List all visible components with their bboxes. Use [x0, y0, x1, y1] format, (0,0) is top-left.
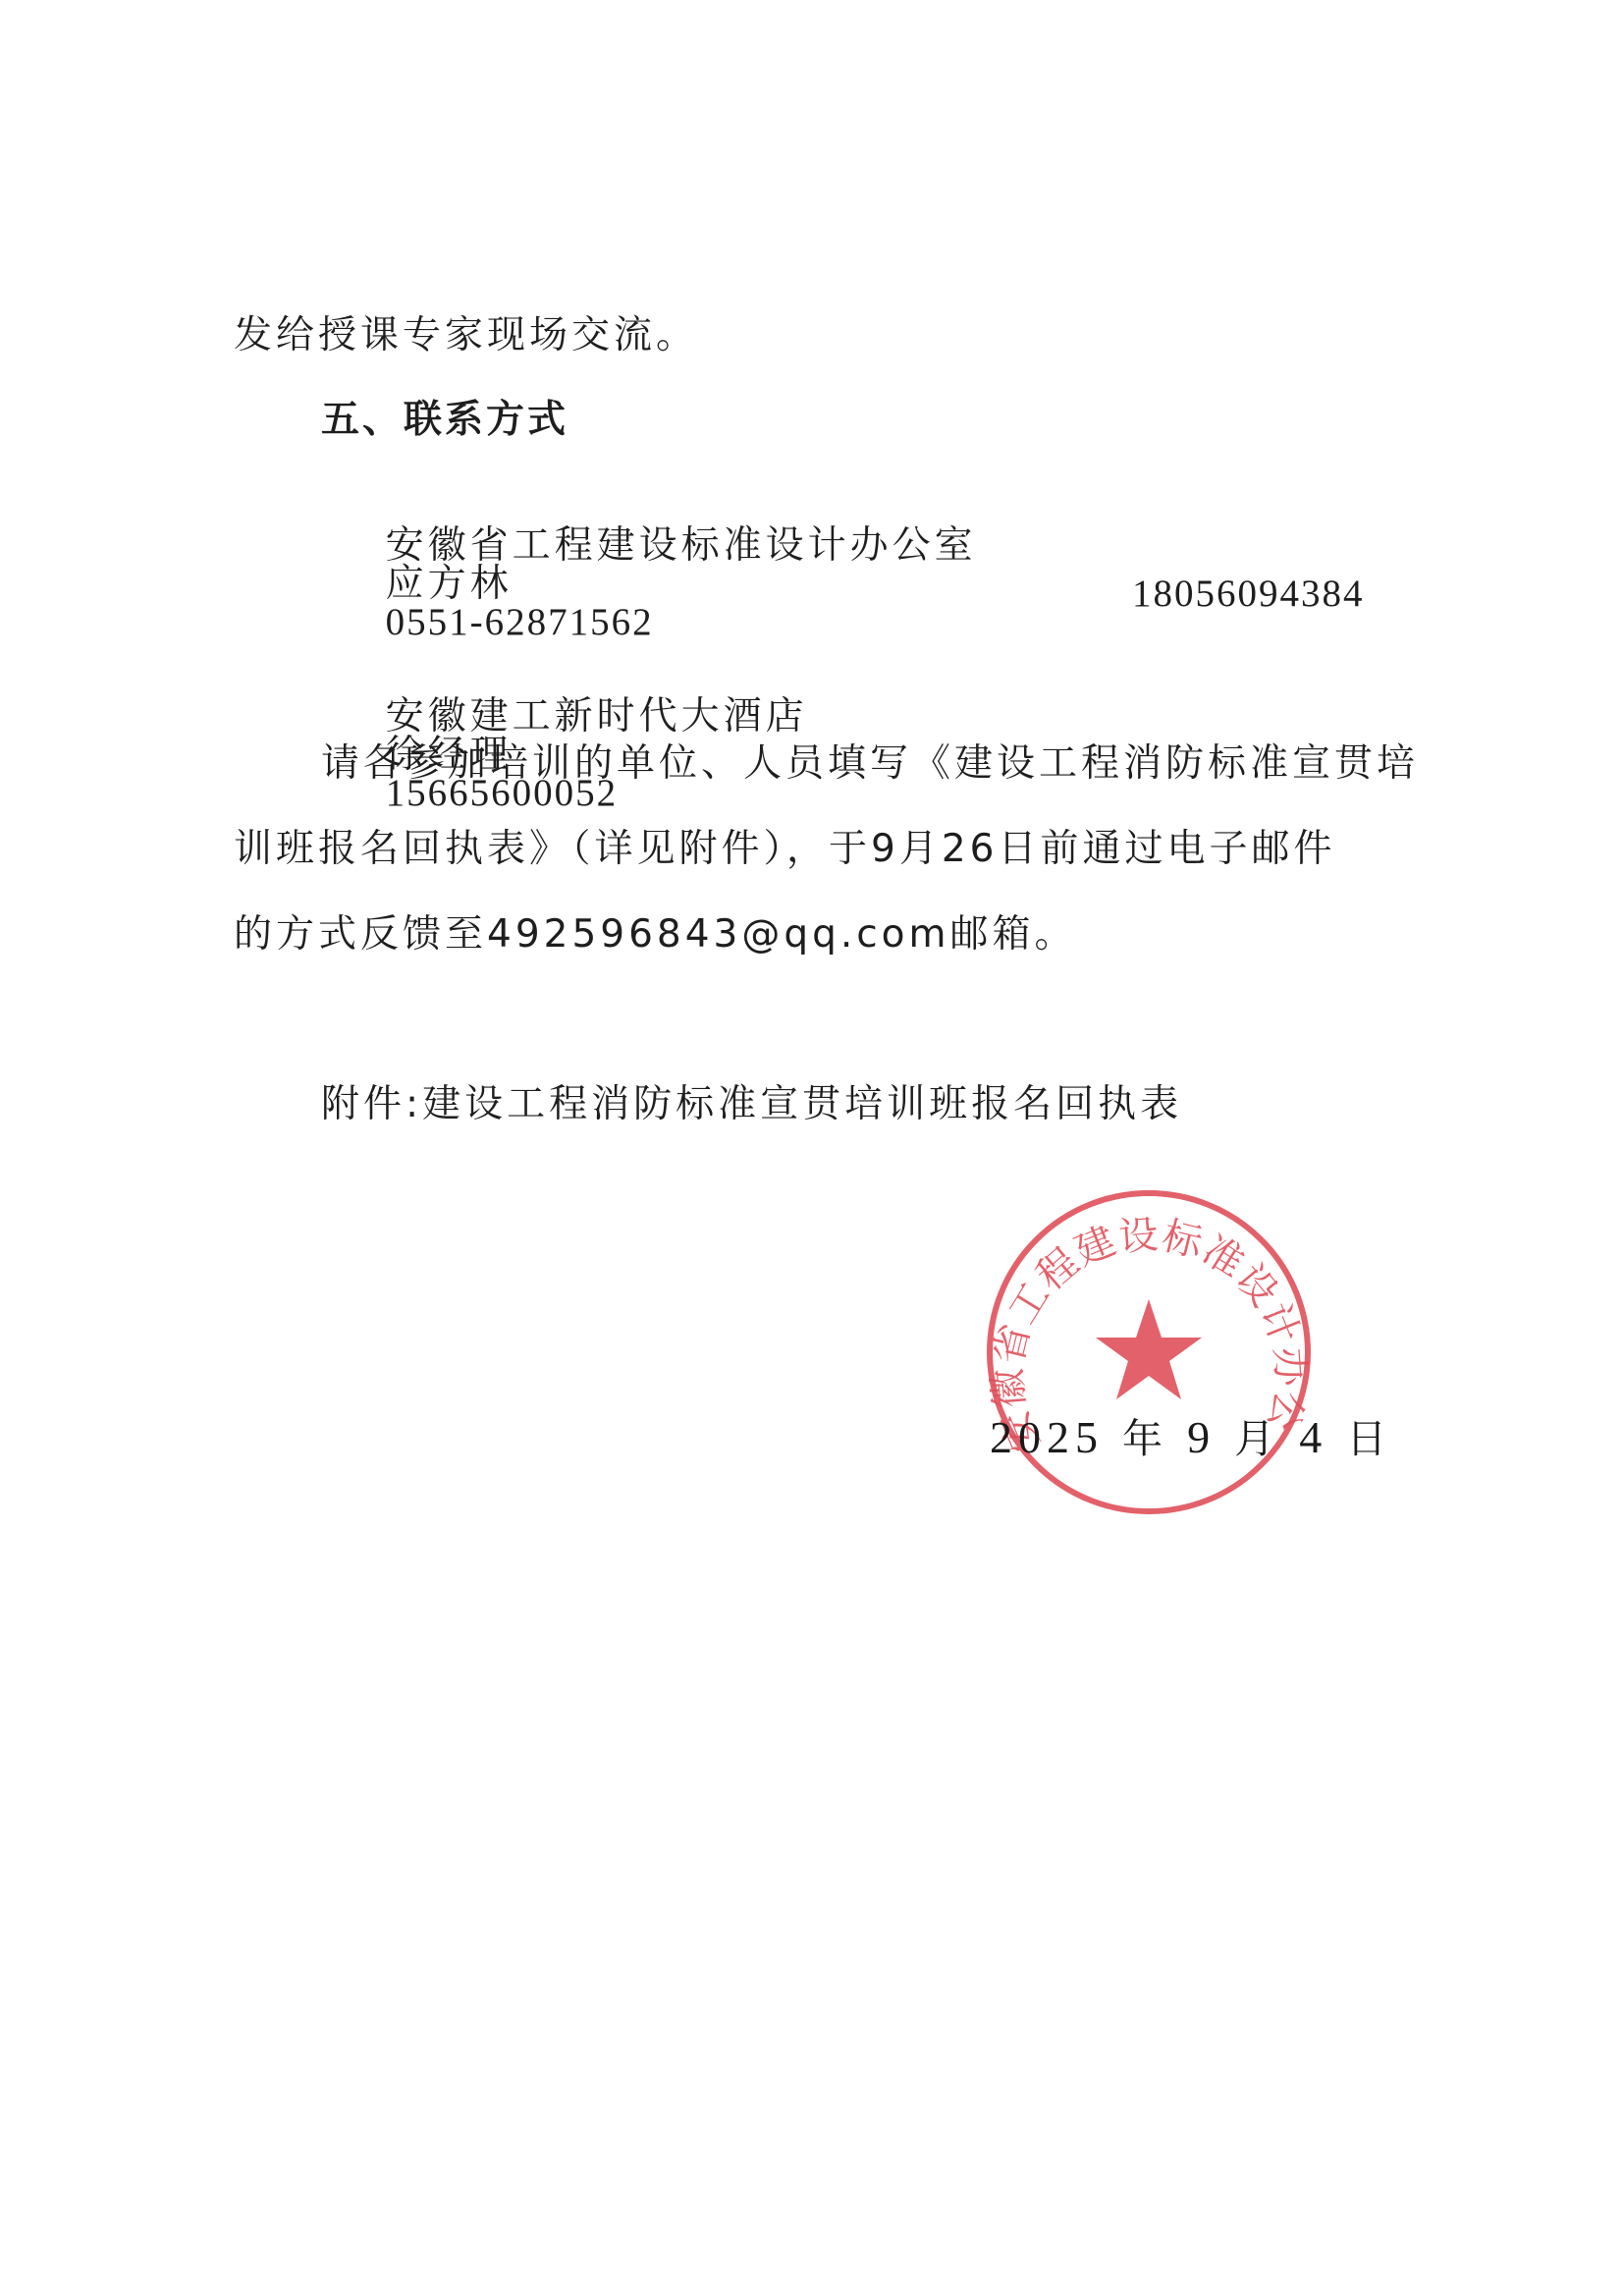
contact-person: 应方林: [386, 562, 513, 606]
document-date: 2025 年 9 月 4 日: [990, 1406, 1392, 1464]
contact-phone-2: 18056094384: [1132, 574, 1365, 613]
continuation-line: 发给授课专家现场交流。: [234, 316, 698, 355]
contact-phone: 0551-62871562: [386, 601, 654, 643]
instruction-line-3: 的方式反馈至492596843@qq.com邮箱。: [234, 915, 1077, 954]
star-icon: [1096, 1299, 1202, 1399]
instruction-line-2: 训班报名回执表》（详见附件），于9月26日前通过电子邮件: [234, 830, 1335, 868]
official-seal-stamp: 安徽省工程建设标准设计办公室: [980, 1183, 1319, 1522]
contact-row-1: 安徽省工程建设标准设计办公室 应方林 0551-62871562: [321, 488, 977, 680]
instruction-line-1: 请各参加培训的单位、人员填写《建设工程消防标准宣贯培: [321, 744, 1419, 783]
section-heading: 五、联系方式: [321, 401, 568, 439]
attachment-line: 附件:建设工程消防标准宣贯培训班报名回执表: [321, 1085, 1182, 1123]
